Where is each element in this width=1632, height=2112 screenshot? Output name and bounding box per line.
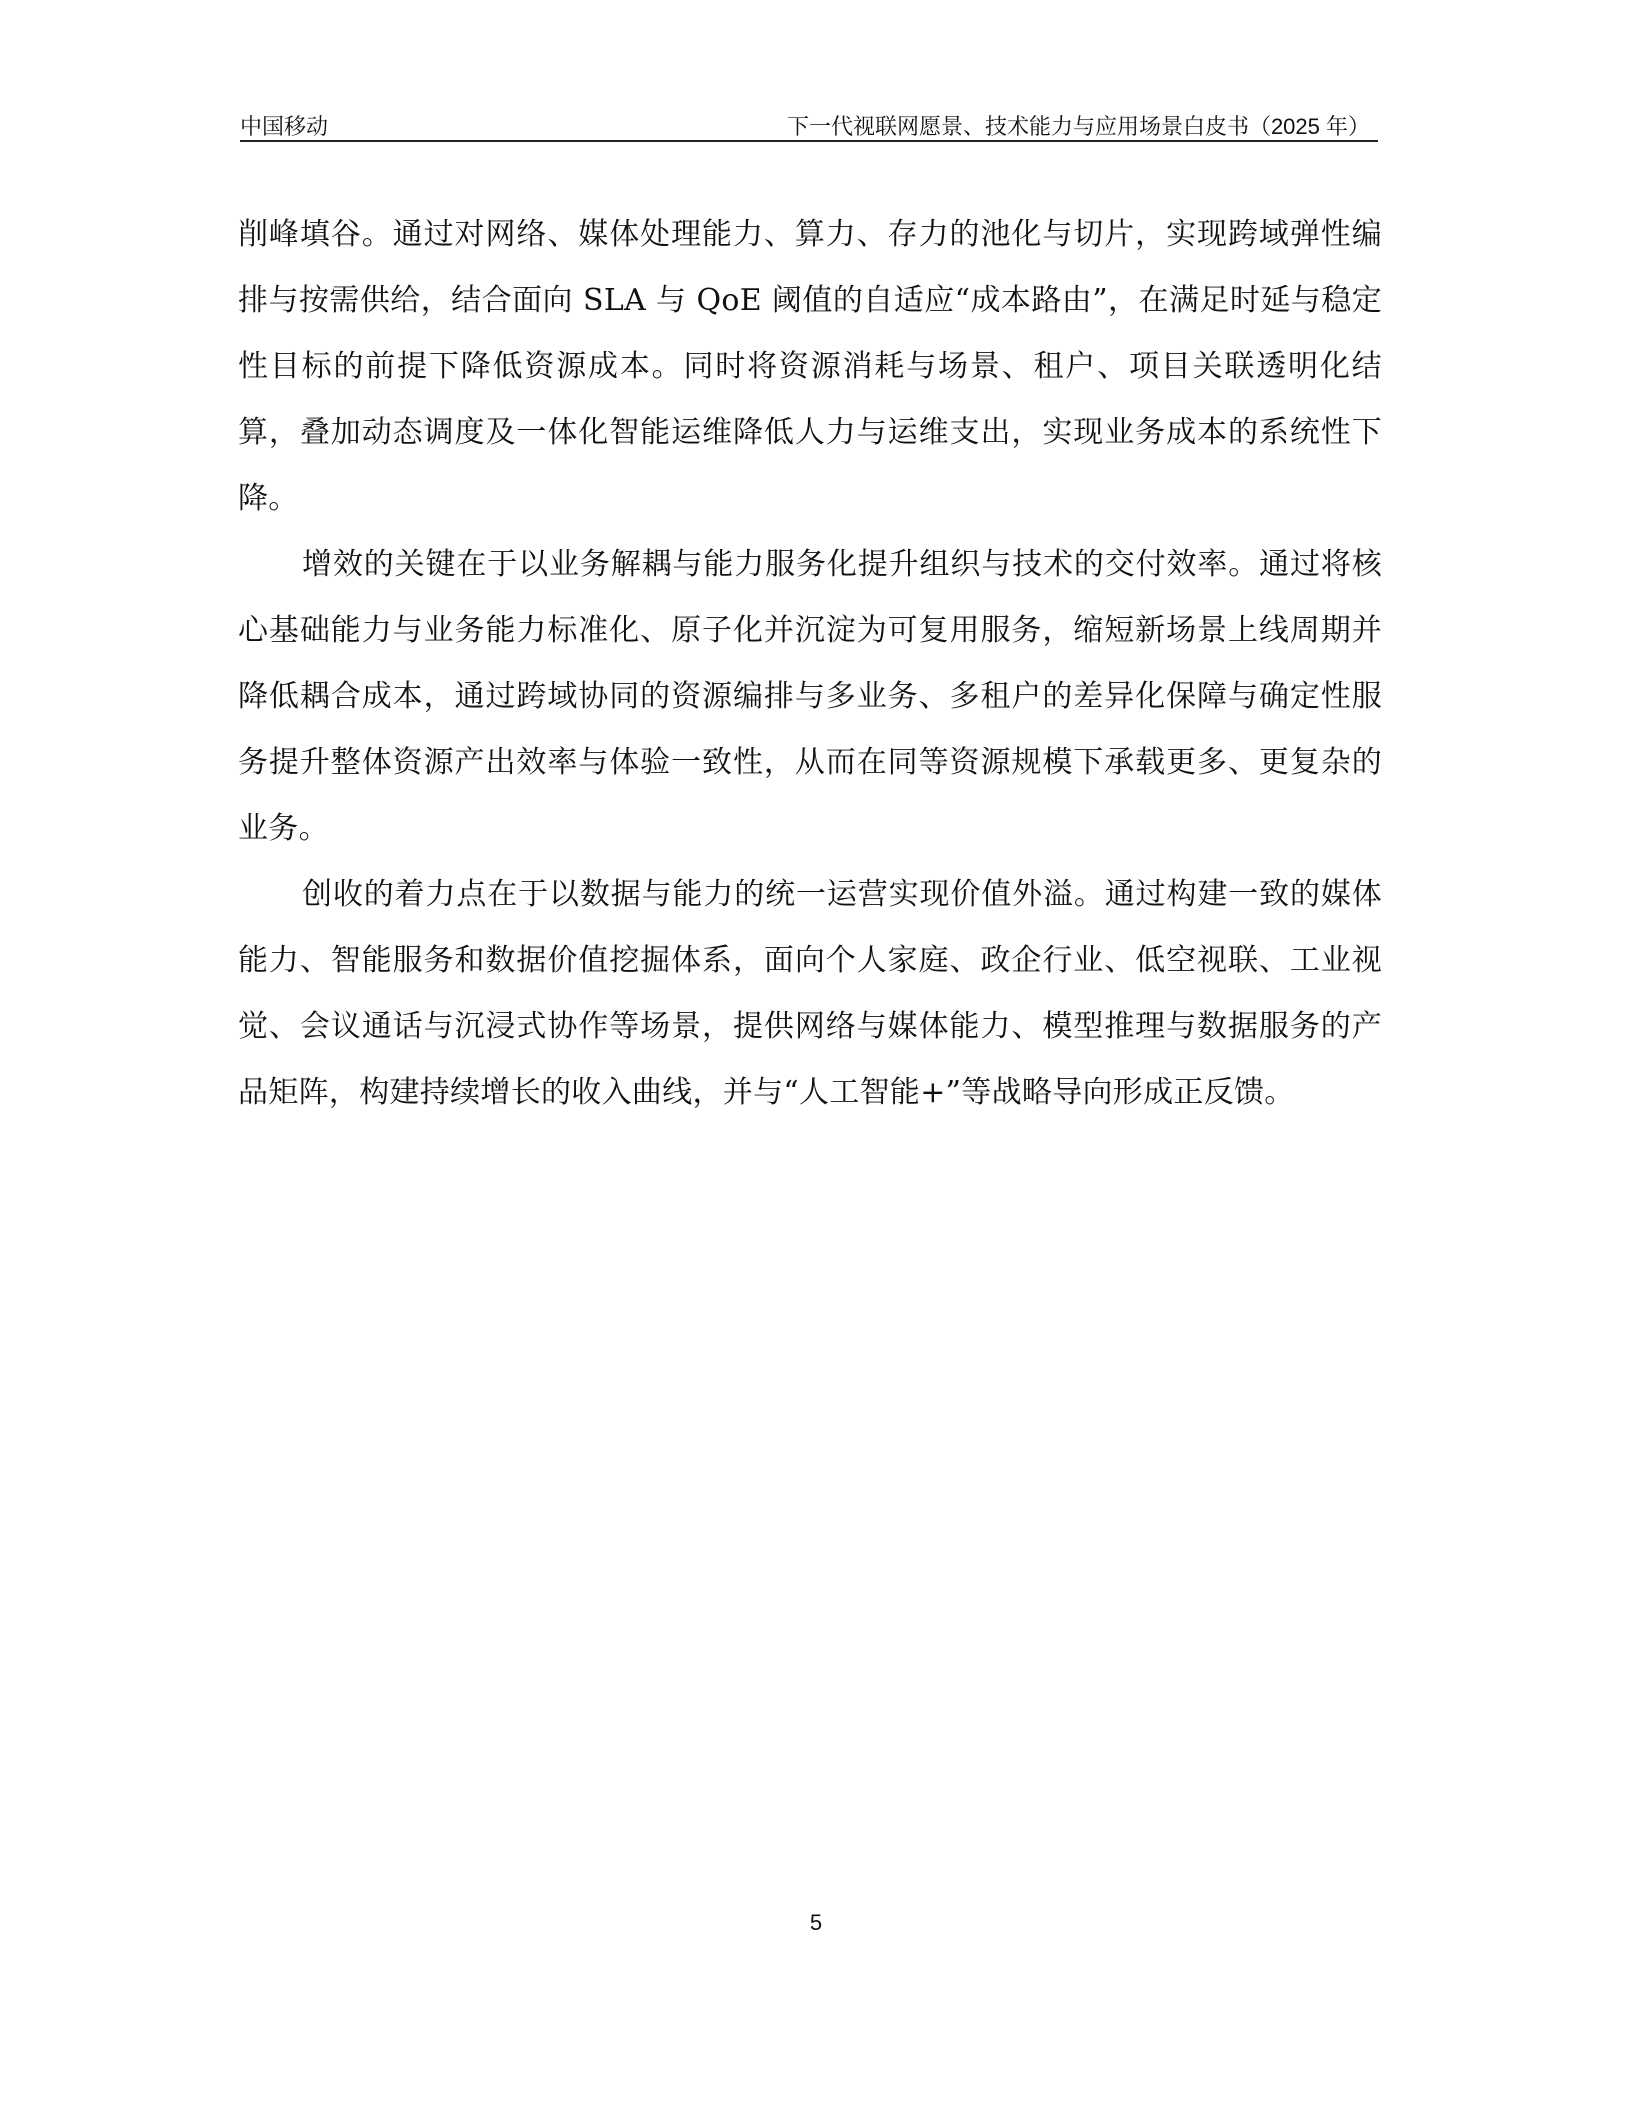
page-number: 5 bbox=[0, 1910, 1632, 1936]
header-organization: 中国移动 bbox=[240, 114, 328, 140]
paragraph-cost-reduction: 削峰填谷。通过对网络、媒体处理能力、算力、存力的池化与切片，实现跨域弹性编排与按… bbox=[238, 202, 1382, 532]
page-header: 中国移动 下一代视联网愿景、技术能力与应用场景白皮书（2025 年） bbox=[240, 112, 1378, 142]
paragraph-efficiency: 增效的关键在于以业务解耦与能力服务化提升组织与技术的交付效率。通过将核心基础能力… bbox=[238, 532, 1382, 862]
header-document-title: 下一代视联网愿景、技术能力与应用场景白皮书（2025 年） bbox=[787, 114, 1370, 140]
body-text: 削峰填谷。通过对网络、媒体处理能力、算力、存力的池化与切片，实现跨域弹性编排与按… bbox=[238, 202, 1382, 1126]
paragraph-revenue: 创收的着力点在于以数据与能力的统一运营实现价值外溢。通过构建一致的媒体能力、智能… bbox=[238, 862, 1382, 1126]
